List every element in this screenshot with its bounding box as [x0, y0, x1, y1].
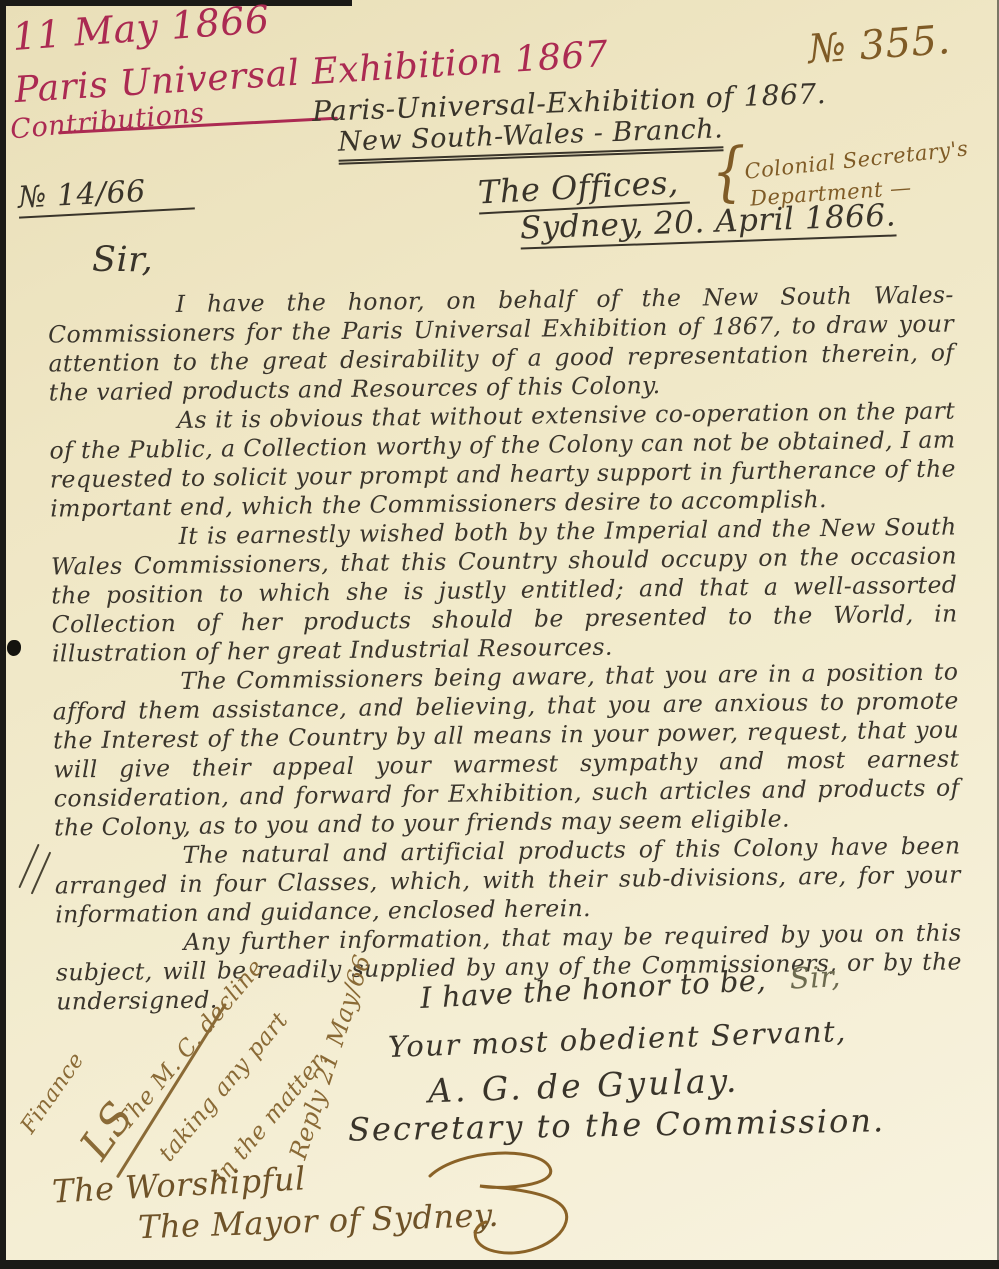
folio-number: № 355.	[807, 17, 953, 73]
body-paragraph-5: The natural and artificial products of t…	[54, 831, 961, 929]
letter-page: 11 May 1866 Paris Universal Exhibition 1…	[0, 0, 999, 1269]
body-paragraph-4: The Commissioners being aware, that you …	[52, 657, 960, 842]
valediction-line2: Your most obedient Servant,	[388, 1014, 848, 1064]
red-annotation-date: 11 May 1866	[11, 0, 271, 59]
body-paragraph-1: I have the honor, on behalf of the New S…	[48, 280, 955, 407]
department-line1: Colonial Secretary's	[743, 136, 969, 183]
salutation: Sir,	[92, 240, 153, 280]
body-paragraph-3: It is earnestly wished both by the Imper…	[50, 512, 958, 668]
ink-blot	[7, 640, 21, 656]
margin-mark-2	[31, 852, 52, 895]
pen-flourish	[420, 1138, 580, 1268]
office-brace: {	[712, 135, 746, 210]
scan-edge-left	[0, 0, 6, 1269]
signature: A. G. de Gyulay.	[427, 1061, 740, 1111]
pencil-note-decline-line2: taking any part	[154, 1007, 294, 1166]
letter-body: I have the honor, on behalf of the New S…	[48, 280, 963, 1016]
body-paragraph-2: As it is obvious that without extensive …	[49, 396, 956, 523]
pencil-note-finance: Finance	[16, 1048, 90, 1138]
valediction-sir: Sir,	[789, 959, 842, 996]
ref-number: № 14/66	[17, 171, 195, 218]
